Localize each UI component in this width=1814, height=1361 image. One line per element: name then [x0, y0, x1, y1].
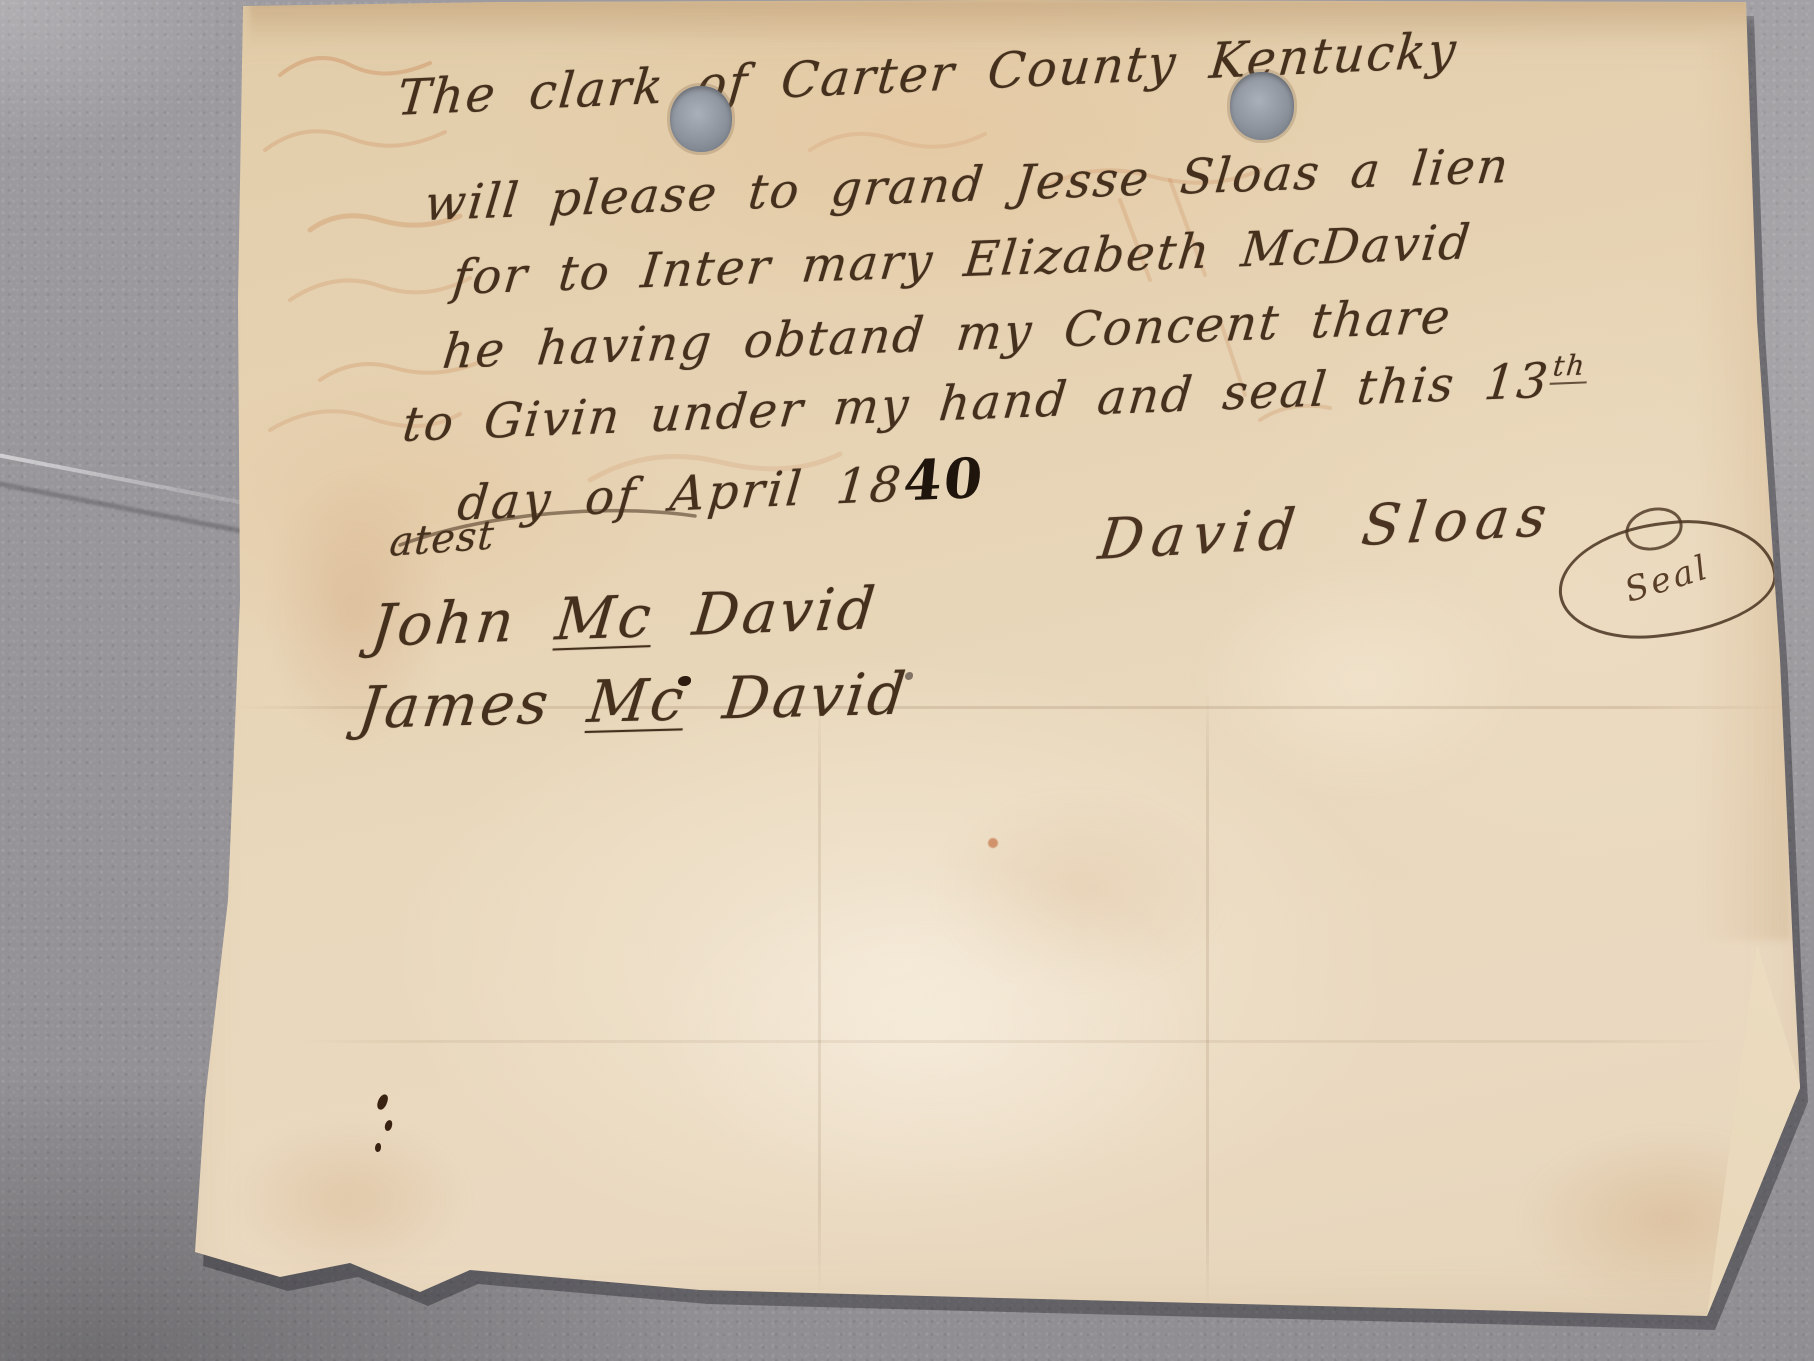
witness-signature-john-mcdavid: John Mc David: [368, 574, 881, 660]
fold-crease-horizontal: [290, 1040, 1730, 1043]
stain-bottom-right: [1520, 1130, 1814, 1310]
punch-hole-left: [670, 86, 732, 152]
date-text: day of April 18: [455, 456, 906, 532]
red-stain-dot: [988, 838, 998, 848]
punch-hole-right: [1230, 72, 1294, 140]
witness-last-name: David: [720, 659, 912, 732]
showthrough-stroke: [290, 278, 470, 300]
handwritten-line-6-date: day of April 1840: [455, 445, 987, 533]
fold-crease-vertical: [818, 700, 821, 1295]
handwritten-document-paper: The clark of Carter County Kentucky will…: [170, 0, 1814, 1330]
handwritten-line-1: The clark of Carter County Kentucky: [395, 22, 1460, 127]
faded-light-patch: [1190, 560, 1530, 800]
faded-light-patch: [650, 860, 1210, 1200]
ink-speck: [375, 1143, 381, 1152]
stain-right-edge: [1698, 40, 1790, 940]
witness-first-name: John: [368, 587, 520, 660]
seal-label: Seal: [1620, 547, 1714, 611]
ink-speck: [384, 1119, 393, 1131]
ink-speck: [376, 1093, 390, 1111]
stain-top-edge: [250, 0, 1750, 46]
ink-speck: [905, 672, 913, 680]
stain-middle: [930, 790, 1230, 990]
photo-of-document: The clark of Carter County Kentucky will…: [0, 0, 1814, 1361]
witness-first-name: James: [355, 669, 555, 742]
witness-mc-prefix: Mc: [584, 665, 690, 736]
witness-mc-prefix: Mc: [552, 582, 657, 654]
showthrough-stroke: [265, 131, 445, 150]
upholstery-seam-highlight: [0, 452, 250, 506]
witness-signature-james-mcdavid: James Mc David: [355, 659, 912, 742]
ordinal-superscript: th: [1549, 348, 1590, 385]
upholstery-seam-groove: [0, 480, 256, 536]
attest-label: atest: [388, 512, 496, 566]
fold-crease-vertical: [1206, 690, 1209, 1308]
signature-david-sloas: David Sloas: [1095, 484, 1558, 573]
stain-bottom-left: [230, 1120, 470, 1280]
witness-last-name: David: [689, 574, 881, 649]
year-overwritten-bold: 40: [901, 445, 988, 514]
showthrough-stroke: [810, 134, 985, 150]
